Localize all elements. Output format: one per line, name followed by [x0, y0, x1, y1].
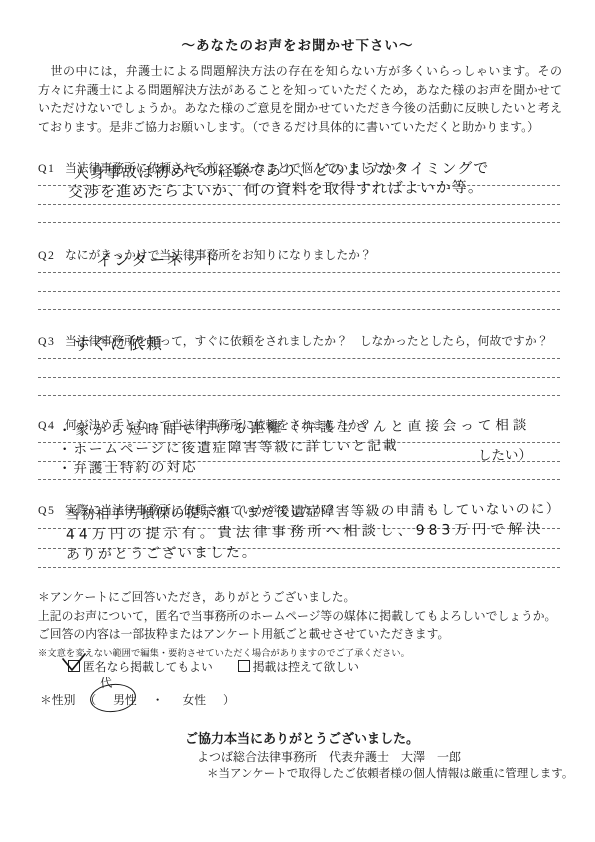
- page-title: ～あなたのお声をお聞かせ下さい～: [0, 34, 595, 54]
- intro-paragraph: 世の中には，弁護士による問題解決方法の存在を知らない方が多くいらっしゃいます。そ…: [38, 62, 562, 136]
- gender-separator: ・: [152, 693, 164, 707]
- gender-option-female: 女性: [182, 693, 206, 707]
- handwritten-answer: 交渉を進めたらよいか、何の資料を取得すればよいか等。: [68, 179, 484, 201]
- answer-line: [38, 204, 560, 205]
- question-q5-label: Q5: [38, 503, 65, 518]
- publish-option-decline-label: 掲載は控えて欲しい: [253, 660, 359, 674]
- firm-signature: よつば総合法律事務所 代表弁護士 大澤 一郎: [197, 748, 461, 765]
- questionnaire-page: ～あなたのお声をお聞かせ下さい～ 世の中には，弁護士による問題解決方法の存在を知…: [0, 0, 595, 842]
- checkbox-publish-anonymous-icon: [68, 660, 80, 672]
- handwritten-answer: すぐに依頼: [74, 335, 164, 354]
- publish-option-anonymous-label: 匿名なら掲載してもよい: [83, 660, 213, 674]
- publish-consent-row: 匿名なら掲載してもよい 掲載は控えて欲しい: [68, 658, 359, 675]
- answer-line: [38, 222, 560, 223]
- closing-thanks: ご協力本当にありがとうございました。: [185, 728, 419, 747]
- answer-line: [38, 309, 560, 310]
- gender-close-paren: ）: [223, 693, 235, 707]
- handwritten-answer-wrap: したい）: [478, 448, 532, 464]
- handwritten-answer: ありがとうございました。: [66, 546, 258, 564]
- privacy-note: ＊当アンケートで取得したご依頼者様の個人情報は厳重に管理します。: [207, 765, 573, 781]
- closing-note-4: ※文意を変えない範囲で編集・要約させていただく場合がありますのでご了承ください。: [38, 645, 410, 659]
- question-q2: Q2なにがきっかけで当法律事務所をお知りになりましたか？ インターネット: [38, 246, 562, 326]
- question-q5: Q5実際に当法律事務所に依頼されていかがでしたか？ 当初相手方損保の提示額（まだ…: [38, 501, 562, 581]
- handwritten-answer: ・ホームページに後遺症障害等級に詳しいと記載: [58, 439, 399, 458]
- answer-line: [38, 395, 560, 396]
- gender-label: ＊性別: [40, 693, 75, 707]
- answer-line: [38, 272, 560, 273]
- handwritten-circle-icon: [89, 682, 138, 715]
- answer-line: [38, 377, 560, 378]
- question-q2-label: Q2: [38, 248, 65, 263]
- gender-row: ＊性別 （ 男性 ・ 女性 ） 代: [40, 691, 241, 708]
- answer-line: [38, 291, 560, 292]
- answer-line: [38, 479, 560, 480]
- question-q3-label: Q3: [38, 334, 65, 349]
- closing-note-3: ご回答の内容は一部抜粋またはアンケート用紙ごと載せさせていただきます。: [38, 625, 449, 642]
- handwritten-annotation: 代: [99, 674, 112, 692]
- question-q4: Q4何が決め手となって当法律事務所に依頼をされましたか？ ・家から短時間で行ける…: [38, 416, 562, 496]
- answer-line: [38, 358, 560, 359]
- handwritten-check-icon: [61, 652, 87, 672]
- question-q3: Q3当法律事務所を知って，すぐに依頼をされましたか？ しなかったとしたら，何故で…: [38, 332, 562, 412]
- handwritten-answer: 44万円の提示有。貴法律事務所へ相談し、983万円で解決: [66, 522, 545, 543]
- checkbox-publish-decline-icon: [238, 660, 250, 672]
- handwritten-answer: ・家から短時間で行ける距離（弁護士さんと直接会って相談: [58, 418, 531, 439]
- closing-note-1: ＊アンケートにご回答いただき，ありがとうございました。: [38, 588, 355, 605]
- handwritten-answer: インターネット: [96, 250, 221, 269]
- publish-option-anonymous: 匿名なら掲載してもよい: [68, 658, 213, 675]
- handwritten-answer: ・弁護士特約の対応: [58, 460, 198, 477]
- publish-option-decline: 掲載は控えて欲しい: [238, 658, 359, 675]
- question-q1: Q1当法律事務所に依頼される前，どんなことで悩んでいましたか？ 人身事故は初めて…: [38, 159, 562, 239]
- answer-line: [38, 567, 560, 568]
- closing-note-2: 上記のお声について，匿名で当事務所のホームページ等の媒体に掲載してもよろしいでし…: [38, 607, 556, 624]
- question-q1-label: Q1: [38, 161, 65, 176]
